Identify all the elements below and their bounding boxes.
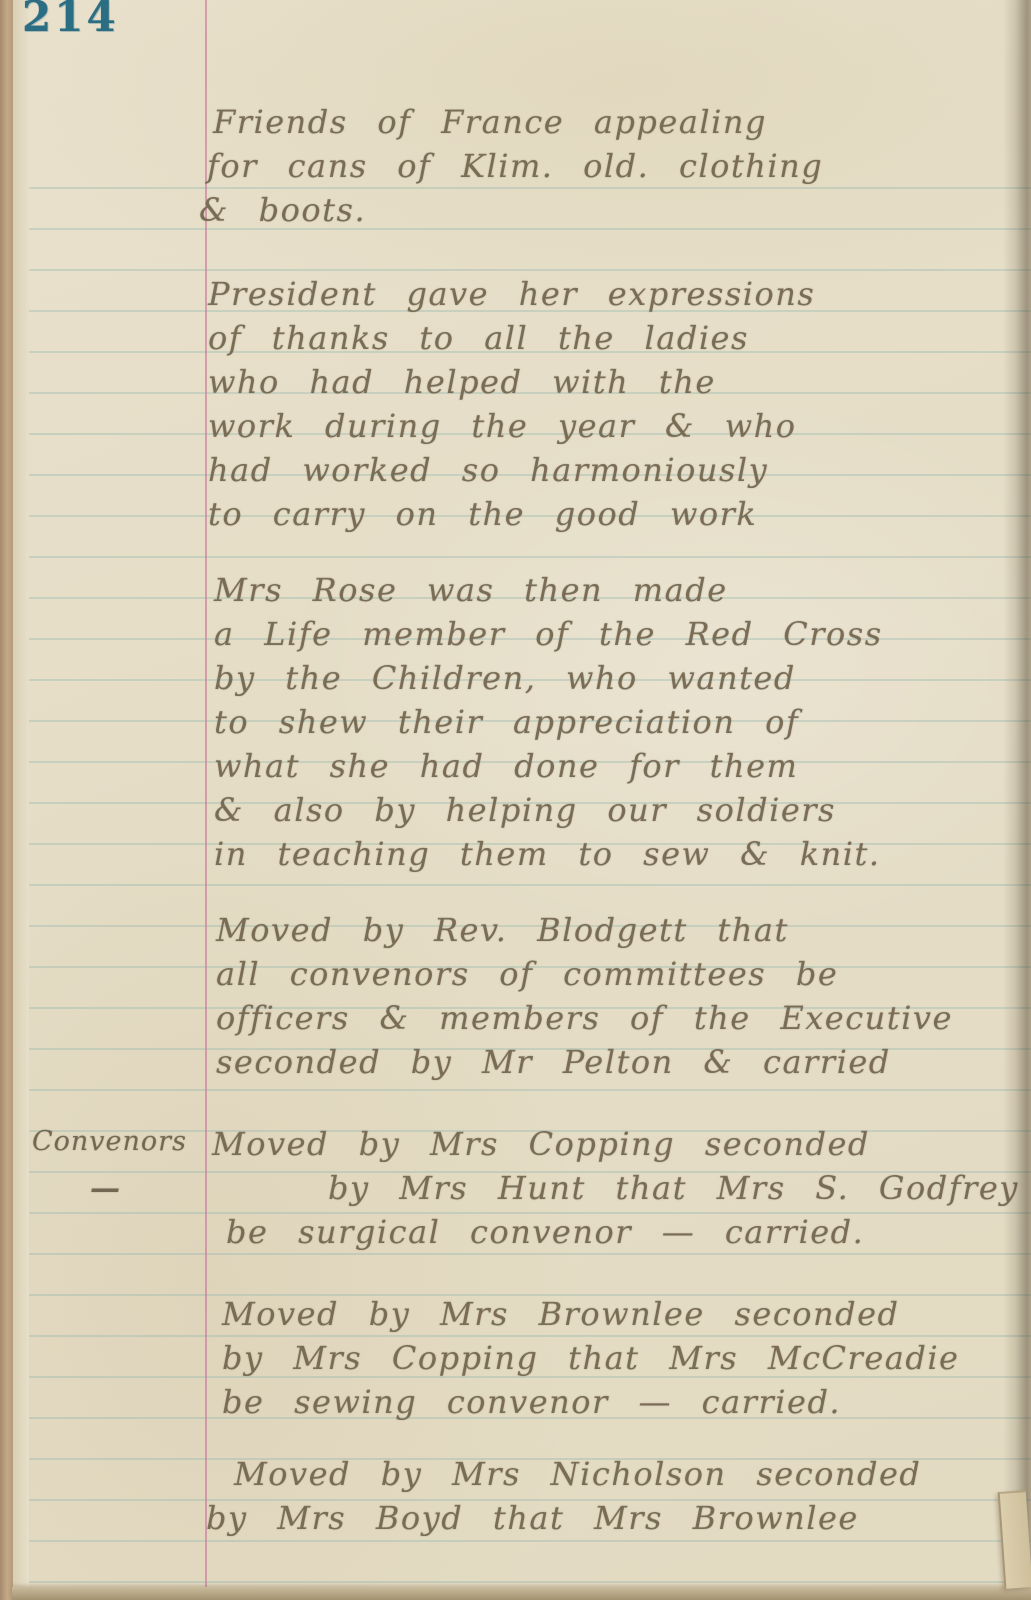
paragraph-motion-brownlee: Moved by Mrs Brownlee secondedby Mrs Cop… [222,1292,959,1424]
torn-corner [998,1490,1031,1589]
paragraph-motion-blodgett: Moved by Rev. Blodgett thatall convenors… [216,908,953,1084]
margin-rule-line [205,0,207,1600]
handwritten-line: by Mrs Copping that Mrs McCreadie [222,1336,959,1380]
handwritten-line: Moved by Rev. Blodgett that [216,908,953,952]
handwritten-line: Moved by Mrs Copping seconded [212,1122,1019,1166]
paragraph-motion-copping: Moved by Mrs Copping secondedby Mrs Hunt… [212,1122,1019,1254]
handwritten-line: Moved by Mrs Brownlee seconded [222,1292,959,1336]
handwritten-line: be sewing convenor — carried. [222,1380,959,1424]
handwritten-line: for cans of Klim. old. clothing [207,144,823,188]
handwritten-line: officers & members of the Executive [216,996,953,1040]
handwritten-line: to shew their appreciation of [214,700,883,744]
handwritten-line: be surgical convenor — carried. [226,1210,1019,1254]
handwritten-line: had worked so harmoniously [208,448,815,492]
handwritten-line: to carry on the good work [208,492,815,536]
handwritten-line: of thanks to all the ladies [208,316,815,360]
handwritten-line: & boots. [199,188,823,232]
paragraph-president-thanks: President gave her expressionsof thanks … [208,272,815,536]
handwritten-line: all convenors of committees be [216,952,953,996]
margin-note-label: Convenors [32,1126,187,1157]
paragraph-friends-of-france: Friends of France appealingfor cans of K… [213,100,823,232]
page-stack-bottom-edge [12,1587,1031,1600]
handwritten-line: by Mrs Boyd that Mrs Brownlee [206,1496,921,1540]
page-number: 214 [22,0,119,41]
handwritten-line: work during the year & who [208,404,815,448]
margin-note: Convenors — [32,1126,198,1206]
handwritten-line: & also by helping our soldiers [214,788,883,832]
handwritten-line: a Life member of the Red Cross [214,612,883,656]
handwritten-line: seconded by Mr Pelton & carried [216,1040,953,1084]
margin-note-dash: — [90,1171,198,1206]
paragraph-motion-nicholson: Moved by Mrs Nicholson secondedby Mrs Bo… [234,1452,921,1540]
handwritten-line: Moved by Mrs Nicholson seconded [234,1452,921,1496]
handwritten-line: what she had done for them [214,744,883,788]
paragraph-mrs-rose-life-member: Mrs Rose was then madea Life member of t… [214,568,883,876]
page-edge [13,0,29,1600]
page-curvature-shadow [1003,0,1031,1600]
handwritten-line: Mrs Rose was then made [214,568,883,612]
handwritten-line: who had helped with the [208,360,815,404]
book-binding-edge [0,0,13,1600]
handwritten-line: by Mrs Hunt that Mrs S. Godfrey [328,1166,1019,1210]
handwritten-line: in teaching them to sew & knit. [214,832,883,876]
handwritten-line: by the Children, who wanted [214,656,883,700]
handwritten-line: President gave her expressions [208,272,815,316]
handwritten-line: Friends of France appealing [213,100,823,144]
